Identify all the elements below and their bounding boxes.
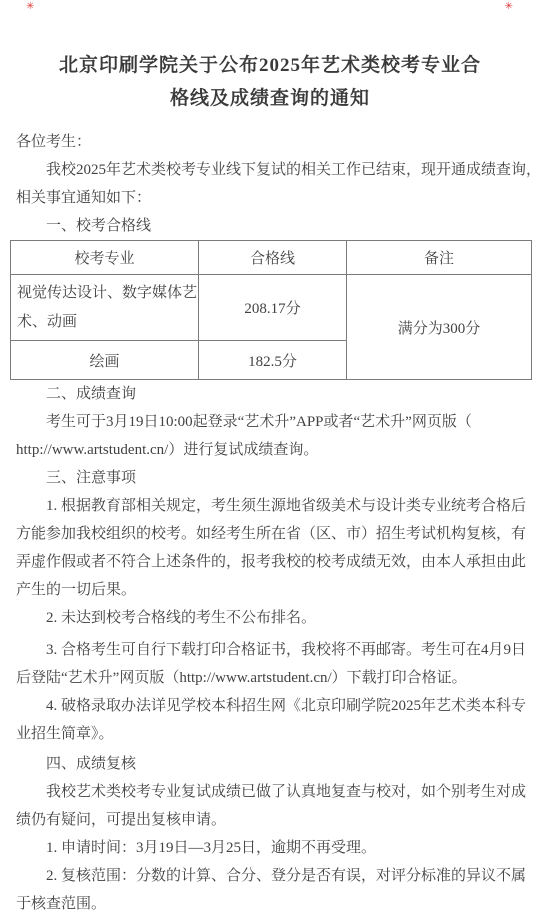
note-4-line-1: 4. 破格录取办法详见学校本科招生网《北京印刷学院2025年艺术类本科专 [16,692,524,720]
review-item-1: 1. 申请时间：3月19日—3月25日，逾期不再受理。 [16,834,524,862]
note-1-line-2: 方能参加我校组织的校考。如经考生所在省（区、市）招生考试机构复核，有 [16,520,524,548]
note-3-line-2: 后登陆“艺术升”网页版（http://www.artstudent.cn/）下载… [16,664,524,692]
notice-title-line-2: 格线及成绩查询的通知 [16,82,524,115]
table-cell-major-painting: 绘画 [11,341,199,379]
table-header-scoreline: 合格线 [199,241,347,275]
table-cell-major-design-line-2: 术、动画 [17,308,77,337]
red-asterisk-left-icon: ✳ [26,2,34,12]
table-cell-score-painting: 182.5分 [199,341,347,379]
intro-line-2: 相关事宜通知如下： [16,184,524,212]
table-header-remark: 备注 [347,241,531,275]
red-asterisk-right-icon: ✳ [505,2,513,12]
notice-title-line-1: 北京印刷学院关于公布2025年艺术类校考专业合 [16,49,524,82]
table-cell-score-design: 208.17分 [199,275,347,341]
section-heading-2: 二、成绩查询 [16,380,524,408]
section-heading-1: 一、校考合格线 [16,212,524,240]
table-cell-major-design-line-1: 视觉传达设计、数字媒体艺 [17,279,197,308]
section4-line-2: 绩仍有疑问，可提出复核申请。 [16,806,524,834]
section2-line-2: http://www.artstudent.cn/）进行复试成绩查询。 [16,436,524,464]
note-1-line-1: 1. 根据教育部相关规定，考生须生源地省级美术与设计类专业统考合格后 [16,492,524,520]
salutation: 各位考生： [16,128,524,156]
notice-title: 北京印刷学院关于公布2025年艺术类校考专业合 格线及成绩查询的通知 [16,49,524,115]
section2-line-1: 考生可于3月19日10:00起登录“艺术升”APP或者“艺术升”网页版（ [16,408,524,436]
note-4-line-2: 业招生简章》。 [16,720,524,748]
note-1-line-4: 产生的一切后果。 [16,576,524,604]
table-cell-remark: 满分为300分 [347,275,531,379]
notice-page: ✳ ✳ 北京印刷学院关于公布2025年艺术类校考专业合 格线及成绩查询的通知 各… [0,0,540,920]
table-cell-major-design: 视觉传达设计、数字媒体艺 术、动画 [11,275,199,341]
review-item-2-line-2: 于核查范围。 [16,890,524,918]
section4-line-1: 我校艺术类校考专业复试成绩已做了认真地复查与校对，如个别考生对成 [16,778,524,806]
review-item-2-line-1: 2. 复核范围：分数的计算、合分、登分是否有误，对评分标准的异议不属 [16,862,524,890]
section-heading-4: 四、成绩复核 [16,750,524,778]
note-3-line-1: 3. 合格考生可自行下载打印合格证书，我校将不再邮寄。考生可在4月9日 [16,636,524,664]
qualification-line-table: 校考专业 合格线 备注 视觉传达设计、数字媒体艺 术、动画 208.17分 满分… [10,240,532,380]
section-heading-3: 三、注意事项 [16,464,524,492]
table-header-major: 校考专业 [11,241,199,275]
notice-content: 北京印刷学院关于公布2025年艺术类校考专业合 格线及成绩查询的通知 各位考生：… [0,49,540,918]
intro-line-1: 我校2025年艺术类校考专业线下复试的相关工作已结束，现开通成绩查询， [16,156,524,184]
note-2-line-1: 2. 未达到校考合格线的考生不公布排名。 [16,604,524,632]
note-1-line-3: 弄虚作假或者不符合上述条件的，报考我校的校考成绩无效，由本人承担由此 [16,548,524,576]
